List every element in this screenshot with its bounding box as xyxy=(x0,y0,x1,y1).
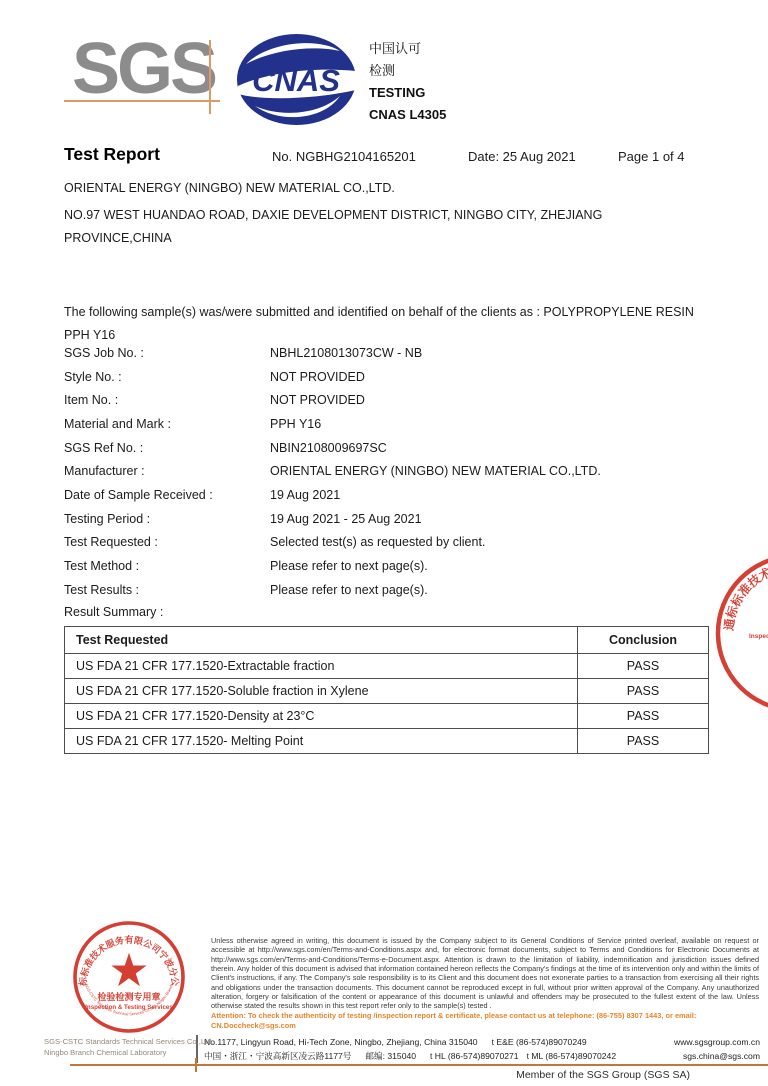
test-name-cell: US FDA 21 CFR 177.1520- Melting Point xyxy=(65,729,578,754)
address-cn: 中国・浙江・宁波高新区凌云路1177号 xyxy=(204,1050,351,1064)
field-row-sgs-job-no: SGS Job No. : NBHL2108013073CW - NB xyxy=(64,341,724,365)
legal-disclaimer: Unless otherwise agreed in writing, this… xyxy=(211,936,759,1011)
field-list: SGS Job No. : NBHL2108013073CW - NB Styl… xyxy=(64,341,724,602)
phone-ee: t E&E (86-574)89070249 xyxy=(492,1036,587,1050)
field-label: Style No. : xyxy=(64,370,270,384)
table-row: US FDA 21 CFR 177.1520-Extractable fract… xyxy=(65,654,709,679)
field-label: Test Requested : xyxy=(64,535,270,549)
left-seal-center-cn: 检验检测专用章 xyxy=(97,991,160,1002)
table-header-row: Test Requested Conclusion xyxy=(65,627,709,654)
field-label: Date of Sample Received : xyxy=(64,488,270,502)
test-name-cell: US FDA 21 CFR 177.1520-Extractable fract… xyxy=(65,654,578,679)
crop-mark-horizontal xyxy=(64,100,220,102)
star-icon: ★ xyxy=(108,944,149,996)
field-label: Test Results : xyxy=(64,583,270,597)
sample-statement: The following sample(s) was/were submitt… xyxy=(64,301,696,346)
field-value: Please refer to next page(s). xyxy=(270,583,428,597)
column-header-test-requested: Test Requested xyxy=(65,627,578,654)
email-address: sgs.china@sgs.com xyxy=(683,1050,760,1064)
report-date: Date: 25 Aug 2021 xyxy=(468,149,576,164)
lab-branch-name: Ningbo Branch Chemical Laboratory xyxy=(44,1048,220,1059)
test-report-page: SGS CNAS 中国认可 检测 TESTING CNAS L4305 Test… xyxy=(0,0,768,1086)
field-value: NBHL2108013073CW - NB xyxy=(270,346,422,360)
conclusion-cell: PASS xyxy=(578,654,709,679)
page-indicator: Page 1 of 4 xyxy=(618,149,685,164)
result-summary-heading: Result Summary : xyxy=(64,605,163,619)
field-row-material-mark: Material and Mark : PPH Y16 xyxy=(64,412,724,436)
attention-notice: Attention: To check the authenticity of … xyxy=(211,1011,759,1030)
field-row-style-no: Style No. : NOT PROVIDED xyxy=(64,365,724,389)
column-header-conclusion: Conclusion xyxy=(578,627,709,654)
field-row-manufacturer: Manufacturer : ORIENTAL ENERGY (NINGBO) … xyxy=(64,459,724,483)
postcode-cn: 邮编: 315040 xyxy=(365,1050,416,1064)
field-label: Item No. : xyxy=(64,393,270,407)
test-name-cell: US FDA 21 CFR 177.1520-Soluble fraction … xyxy=(65,679,578,704)
footer-rule xyxy=(70,1064,768,1066)
client-address: NO.97 WEST HUANDAO ROAD, DAXIE DEVELOPME… xyxy=(64,204,654,249)
field-value: NOT PROVIDED xyxy=(270,370,365,384)
field-row-testing-period: Testing Period : 19 Aug 2021 - 25 Aug 20… xyxy=(64,507,724,531)
table-row: US FDA 21 CFR 177.1520-Density at 23°C P… xyxy=(65,704,709,729)
field-label: Material and Mark : xyxy=(64,417,270,431)
phone-ml: t ML (86-574)89070242 xyxy=(527,1050,617,1064)
field-value: NBIN2108009697SC xyxy=(270,441,387,455)
field-value: PPH Y16 xyxy=(270,417,321,431)
field-row-item-no: Item No. : NOT PROVIDED xyxy=(64,388,724,412)
accreditation-block: 中国认可 检测 TESTING CNAS L4305 xyxy=(369,38,446,126)
field-value: 19 Aug 2021 xyxy=(270,488,340,502)
conclusion-cell: PASS xyxy=(578,729,709,754)
address-en: No.1177, Lingyun Road, Hi-Tech Zone, Nin… xyxy=(204,1036,478,1050)
accreditation-line-cnas-no: CNAS L4305 xyxy=(369,104,446,126)
right-seal-center-text: Inspection & Testing Services xyxy=(749,633,768,640)
test-name-cell: US FDA 21 CFR 177.1520-Density at 23°C xyxy=(65,704,578,729)
sgs-logo: SGS xyxy=(72,36,215,102)
conclusion-cell: PASS xyxy=(578,704,709,729)
field-row-test-requested: Test Requested : Selected test(s) as req… xyxy=(64,531,724,555)
accreditation-line-cn2: 检测 xyxy=(369,60,446,82)
result-summary-table: Test Requested Conclusion US FDA 21 CFR … xyxy=(64,626,709,754)
cnas-logo-icon: CNAS xyxy=(236,33,357,126)
field-value: Please refer to next page(s). xyxy=(270,559,428,573)
field-value: 19 Aug 2021 - 25 Aug 2021 xyxy=(270,512,422,526)
client-name: ORIENTAL ENERGY (NINGBO) NEW MATERIAL CO… xyxy=(64,181,395,195)
phone-hl: t HL (86-574)89070271 xyxy=(430,1050,519,1064)
field-value: ORIENTAL ENERGY (NINGBO) NEW MATERIAL CO… xyxy=(270,464,601,478)
accreditation-line-testing: TESTING xyxy=(369,82,446,104)
conclusion-cell: PASS xyxy=(578,679,709,704)
field-row-test-method: Test Method : Please refer to next page(… xyxy=(64,554,724,578)
table-row: US FDA 21 CFR 177.1520- Melting Point PA… xyxy=(65,729,709,754)
field-row-test-results: Test Results : Please refer to next page… xyxy=(64,578,724,602)
field-value: NOT PROVIDED xyxy=(270,393,365,407)
red-seal-inspection-icon: 通标标准技术服务有限公司宁波分公司 ★ 检验检测专用章 Inspection &… xyxy=(66,916,192,1042)
field-row-sgs-ref-no: SGS Ref No. : NBIN2108009697SC xyxy=(64,436,724,460)
address-row-cn: 中国・浙江・宁波高新区凌云路1177号 邮编: 315040 t HL (86-… xyxy=(204,1050,760,1064)
address-row-en: No.1177, Lingyun Road, Hi-Tech Zone, Nin… xyxy=(204,1036,760,1050)
field-row-date-received: Date of Sample Received : 19 Aug 2021 xyxy=(64,483,724,507)
red-seal-right-icon: 通标标准技术服务有限公司宁波分公司 Inspection & Testing S… xyxy=(698,538,768,738)
report-number: No. NGBHG2104165201 xyxy=(272,149,416,164)
field-label: Test Method : xyxy=(64,559,270,573)
field-value: Selected test(s) as requested by client. xyxy=(270,535,485,549)
address-block: No.1177, Lingyun Road, Hi-Tech Zone, Nin… xyxy=(204,1036,760,1063)
page-title: Test Report xyxy=(64,144,160,165)
website-url: www.sgsgroup.com.cn xyxy=(674,1036,760,1050)
cnas-logo-text: CNAS xyxy=(252,63,340,98)
accreditation-line-cn1: 中国认可 xyxy=(369,38,446,60)
field-label: Manufacturer : xyxy=(64,464,270,478)
field-label: SGS Job No. : xyxy=(64,346,270,360)
crop-mark-vertical xyxy=(209,40,211,114)
sgs-group-membership: Member of the SGS Group (SGS SA) xyxy=(516,1069,690,1081)
field-label: SGS Ref No. : xyxy=(64,441,270,455)
field-label: Testing Period : xyxy=(64,512,270,526)
table-row: US FDA 21 CFR 177.1520-Soluble fraction … xyxy=(65,679,709,704)
